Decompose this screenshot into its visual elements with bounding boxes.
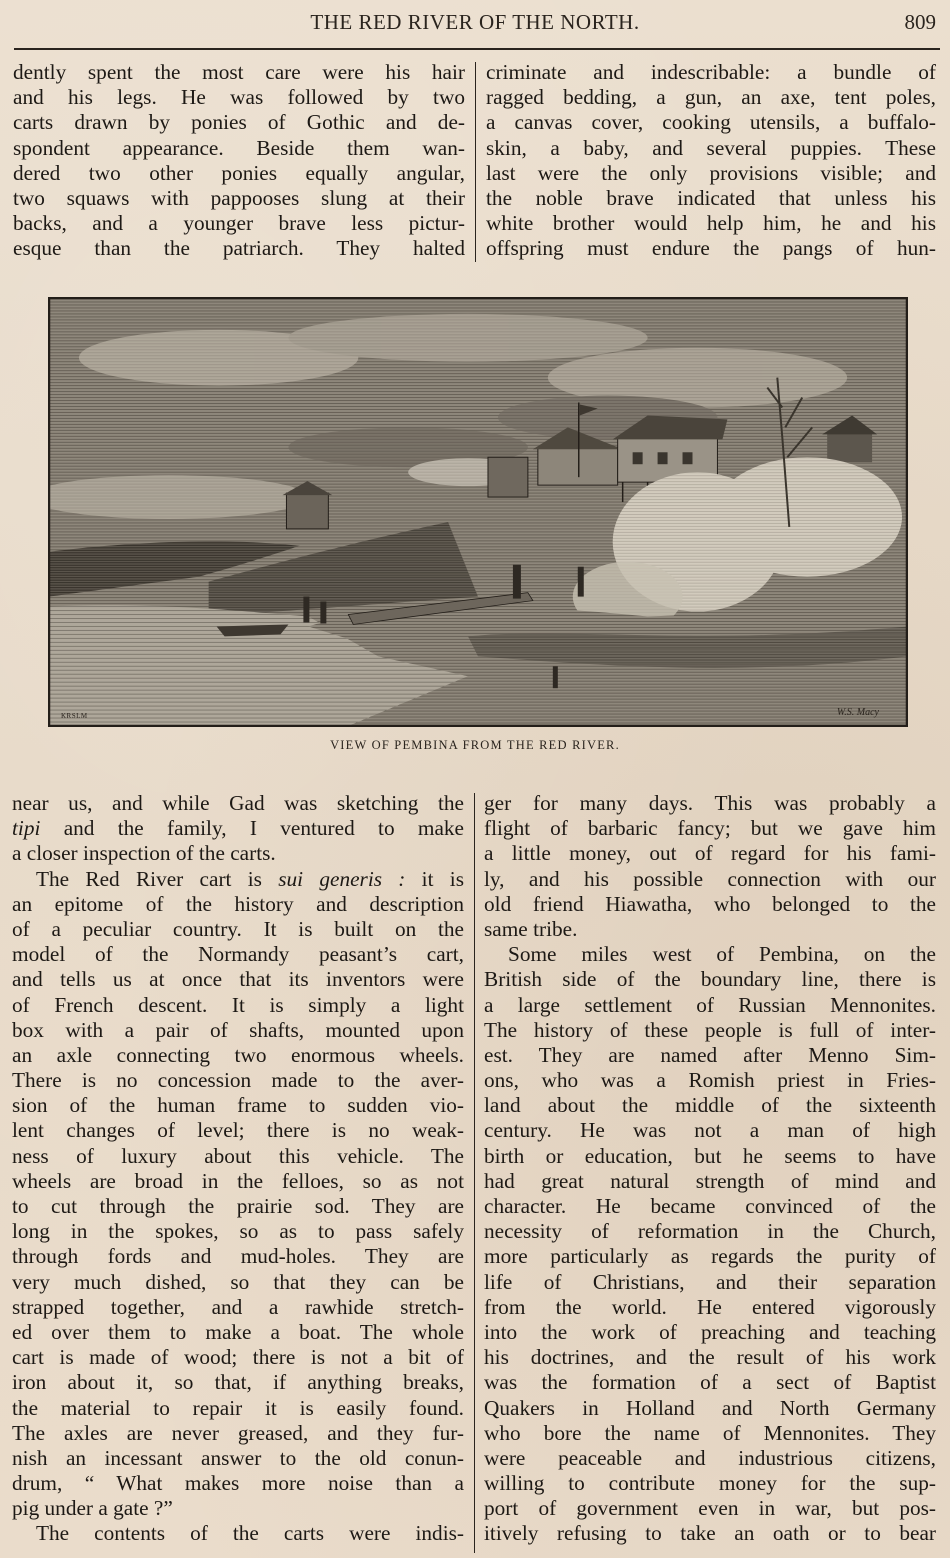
text-line: British side of the boundary line, there… xyxy=(484,967,936,992)
text-line: from the world. He entered vigorously xyxy=(484,1295,936,1320)
text-line: necessity of reformation in the Church, xyxy=(484,1219,936,1244)
text-line: willing to contribute money for the sup- xyxy=(484,1471,936,1496)
text-line: ons, who was a Romish priest in Fries- xyxy=(484,1068,936,1093)
bottom-left-column: near us, and while Gad was sketching the… xyxy=(12,791,464,1547)
running-title: THE RED RIVER OF THE NORTH. xyxy=(12,10,938,35)
text-line: of French descent. It is simply a light xyxy=(12,993,464,1018)
text-line: ness of luxury about this vehicle. The xyxy=(12,1144,464,1169)
text-line: the noble brave indicated that unless hi… xyxy=(486,186,936,211)
text-line: more particularly as regards the purity … xyxy=(484,1244,936,1269)
text-line: flight of barbaric fancy; but we gave hi… xyxy=(484,816,936,841)
text-line: nish an incessant answer to the old conu… xyxy=(12,1446,464,1471)
text-line: dently spent the most care were his hair xyxy=(13,60,465,85)
text-line: a large settlement of Russian Mennonites… xyxy=(484,993,936,1018)
text-line: to cut through the prairie sod. They are xyxy=(12,1194,464,1219)
text-line: very much dished, so that they can be xyxy=(12,1270,464,1295)
text-line: old friend Hiawatha, who belonged to the xyxy=(484,892,936,917)
text-line: a canvas cover, cooking utensils, a buff… xyxy=(486,110,936,135)
text-line: est. They are named after Menno Sim- xyxy=(484,1043,936,1068)
text-line: an epitome of the history and descriptio… xyxy=(12,892,464,917)
text-line: strapped together, and a rawhide stretch… xyxy=(12,1295,464,1320)
text-line: long in the spokes, so as to pass safely xyxy=(12,1219,464,1244)
header-rule xyxy=(14,48,940,50)
page-number: 809 xyxy=(905,10,937,35)
text-line: pig under a gate ?” xyxy=(12,1496,464,1521)
text-line: The axles are never greased, and they fu… xyxy=(12,1421,464,1446)
text-line: and his legs. He was followed by two xyxy=(13,85,465,110)
text-line: backs, and a younger brave less pictur- xyxy=(13,211,465,236)
text-line: through fords and mud-holes. They are xyxy=(12,1244,464,1269)
text-line: dered two other ponies equally angular, xyxy=(13,161,465,186)
text-line: and tells us at once that its inventors … xyxy=(12,967,464,992)
text-line: birth or education, but he seems to have xyxy=(484,1144,936,1169)
text-line: box with a pair of shafts, mounted upon xyxy=(12,1018,464,1043)
text-line: The Red River cart is sui generis : it i… xyxy=(12,867,464,892)
engraver-signature: KRSLM xyxy=(61,712,88,720)
text-line: The history of these people is full of i… xyxy=(484,1018,936,1043)
text-line: lent changes of level; there is no weak- xyxy=(12,1118,464,1143)
text-line: the material to repair it is easily foun… xyxy=(12,1396,464,1421)
text-line: who bore the name of Mennonites. They xyxy=(484,1421,936,1446)
text-line: was the formation of a sect of Baptist xyxy=(484,1370,936,1395)
text-line: port of government even in war, but pos- xyxy=(484,1496,936,1521)
italic-term: sui generis : xyxy=(278,867,405,891)
top-right-column: criminate and indescribable: a bundle of… xyxy=(486,60,936,262)
artist-signature: W.S. Macy xyxy=(837,707,879,718)
text-line: ragged bedding, a gun, an axe, tent pole… xyxy=(486,85,936,110)
text-line: The contents of the carts were indis- xyxy=(12,1521,464,1546)
text-line: esque than the patriarch. They halted xyxy=(13,236,465,261)
text-line: tipi and the family, I ventured to make xyxy=(12,816,464,841)
text-line: life of Christians, and their separation xyxy=(484,1270,936,1295)
text-line: offspring must endure the pangs of hun- xyxy=(486,236,936,261)
text-line: wheels are broad in the felloes, so as n… xyxy=(12,1169,464,1194)
text-line: an axle connecting two enormous wheels. xyxy=(12,1043,464,1068)
text-line: same tribe. xyxy=(484,917,936,942)
text-line: last were the only provisions visible; a… xyxy=(486,161,936,186)
text-line: cart is made of wood; there is not a bit… xyxy=(12,1345,464,1370)
text-line: spondent appearance. Beside them wan- xyxy=(13,136,465,161)
engraving-illustration: KRSLM W.S. Macy xyxy=(48,297,908,727)
text-line: ed over them to make a boat. The whole xyxy=(12,1320,464,1345)
text-line: had great natural strength of mind and xyxy=(484,1169,936,1194)
text-line: into the work of preaching and teaching xyxy=(484,1320,936,1345)
text-line: Quakers in Holland and North Germany xyxy=(484,1396,936,1421)
text-line: ger for many days. This was probably a xyxy=(484,791,936,816)
text-line: There is no concession made to the aver- xyxy=(12,1068,464,1093)
bottom-right-column: ger for many days. This was probably afl… xyxy=(484,791,936,1547)
text-line: Some miles west of Pembina, on the xyxy=(484,942,936,967)
text-line: of a peculiar country. It is built on th… xyxy=(12,917,464,942)
text-line: carts drawn by ponies of Gothic and de- xyxy=(13,110,465,135)
top-left-column: dently spent the most care were his hair… xyxy=(13,60,465,262)
text-line: itively refusing to take an oath or to b… xyxy=(484,1521,936,1546)
text-line: sion of the human frame to sudden vio- xyxy=(12,1093,464,1118)
text-line: land about the middle of the sixteenth xyxy=(484,1093,936,1118)
text-line: two squaws with pappooses slung at their xyxy=(13,186,465,211)
pembina-landscape-engraving xyxy=(49,298,907,726)
text-line: iron about it, so that, if anything brea… xyxy=(12,1370,464,1395)
text-line: drum, “ What makes more noise than a xyxy=(12,1471,464,1496)
text-line: a little money, out of regard for his fa… xyxy=(484,841,936,866)
text-line: his doctrines, and the result of his wor… xyxy=(484,1345,936,1370)
italic-term: tipi xyxy=(12,816,40,840)
text-line: near us, and while Gad was sketching the xyxy=(12,791,464,816)
text-line: white brother would help him, he and his xyxy=(486,211,936,236)
column-divider-bottom xyxy=(474,793,475,1553)
running-head: THE RED RIVER OF THE NORTH. 809 xyxy=(12,8,938,38)
text-line: criminate and indescribable: a bundle of xyxy=(486,60,936,85)
text-line: character. He became convinced of the xyxy=(484,1194,936,1219)
text-line: a closer inspection of the carts. xyxy=(12,841,464,866)
column-divider-top xyxy=(475,62,476,262)
text-line: model of the Normandy peasant’s cart, xyxy=(12,942,464,967)
figure-caption: VIEW OF PEMBINA FROM THE RED RIVER. xyxy=(0,738,950,753)
text-line: were peaceable and industrious citizens, xyxy=(484,1446,936,1471)
text-line: century. He was not a man of high xyxy=(484,1118,936,1143)
text-line: ly, and his possible connection with our xyxy=(484,867,936,892)
text-line: skin, a baby, and several puppies. These xyxy=(486,136,936,161)
